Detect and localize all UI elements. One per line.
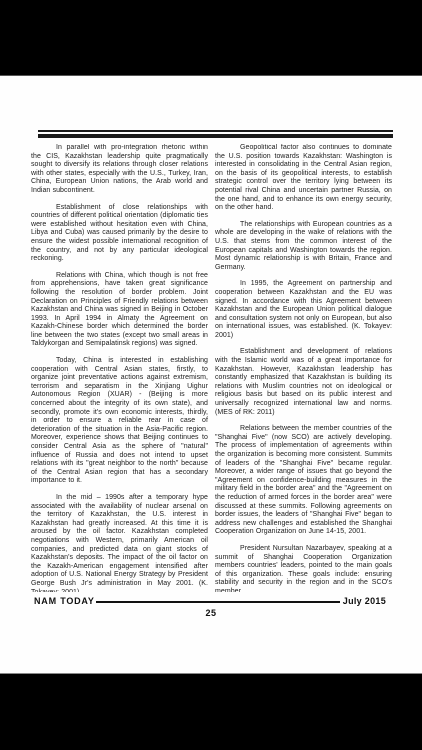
bottom-black-banner xyxy=(0,673,422,750)
page-number: 25 xyxy=(0,608,422,618)
paragraph: President Nursultan Nazarbayev, speaking… xyxy=(215,545,392,592)
paragraph: In 1995, the Agreement on partnership an… xyxy=(215,280,392,340)
paragraph: Today, China is interested in establishi… xyxy=(31,357,208,486)
paragraph: Establishment of close relationships wit… xyxy=(31,204,208,264)
paragraph: In the mid – 1990s after a temporary hyp… xyxy=(31,494,208,592)
issue-date: July 2015 xyxy=(343,596,386,606)
header-double-rule xyxy=(38,130,393,134)
paragraph: Establishment and development of relatio… xyxy=(215,348,392,417)
paragraph: Relations between the member countries o… xyxy=(215,425,392,537)
article-body: In parallel with pro-integration rhetori… xyxy=(31,144,392,592)
journal-title: NAM TODAY xyxy=(34,596,95,606)
right-column: Geopolitical factor also continues to do… xyxy=(215,144,392,592)
page-footer: NAM TODAY July 2015 xyxy=(34,596,386,606)
paragraph: Relations with China, which though is no… xyxy=(31,272,208,349)
paragraph: The relationships with European countrie… xyxy=(215,221,392,273)
top-black-banner xyxy=(0,0,422,76)
left-column: In parallel with pro-integration rhetori… xyxy=(31,144,208,592)
footer-rule xyxy=(96,601,340,603)
paragraph: Geopolitical factor also continues to do… xyxy=(215,144,392,213)
paragraph: In parallel with pro-integration rhetori… xyxy=(31,144,208,196)
magazine-page: In parallel with pro-integration rhetori… xyxy=(0,0,422,750)
